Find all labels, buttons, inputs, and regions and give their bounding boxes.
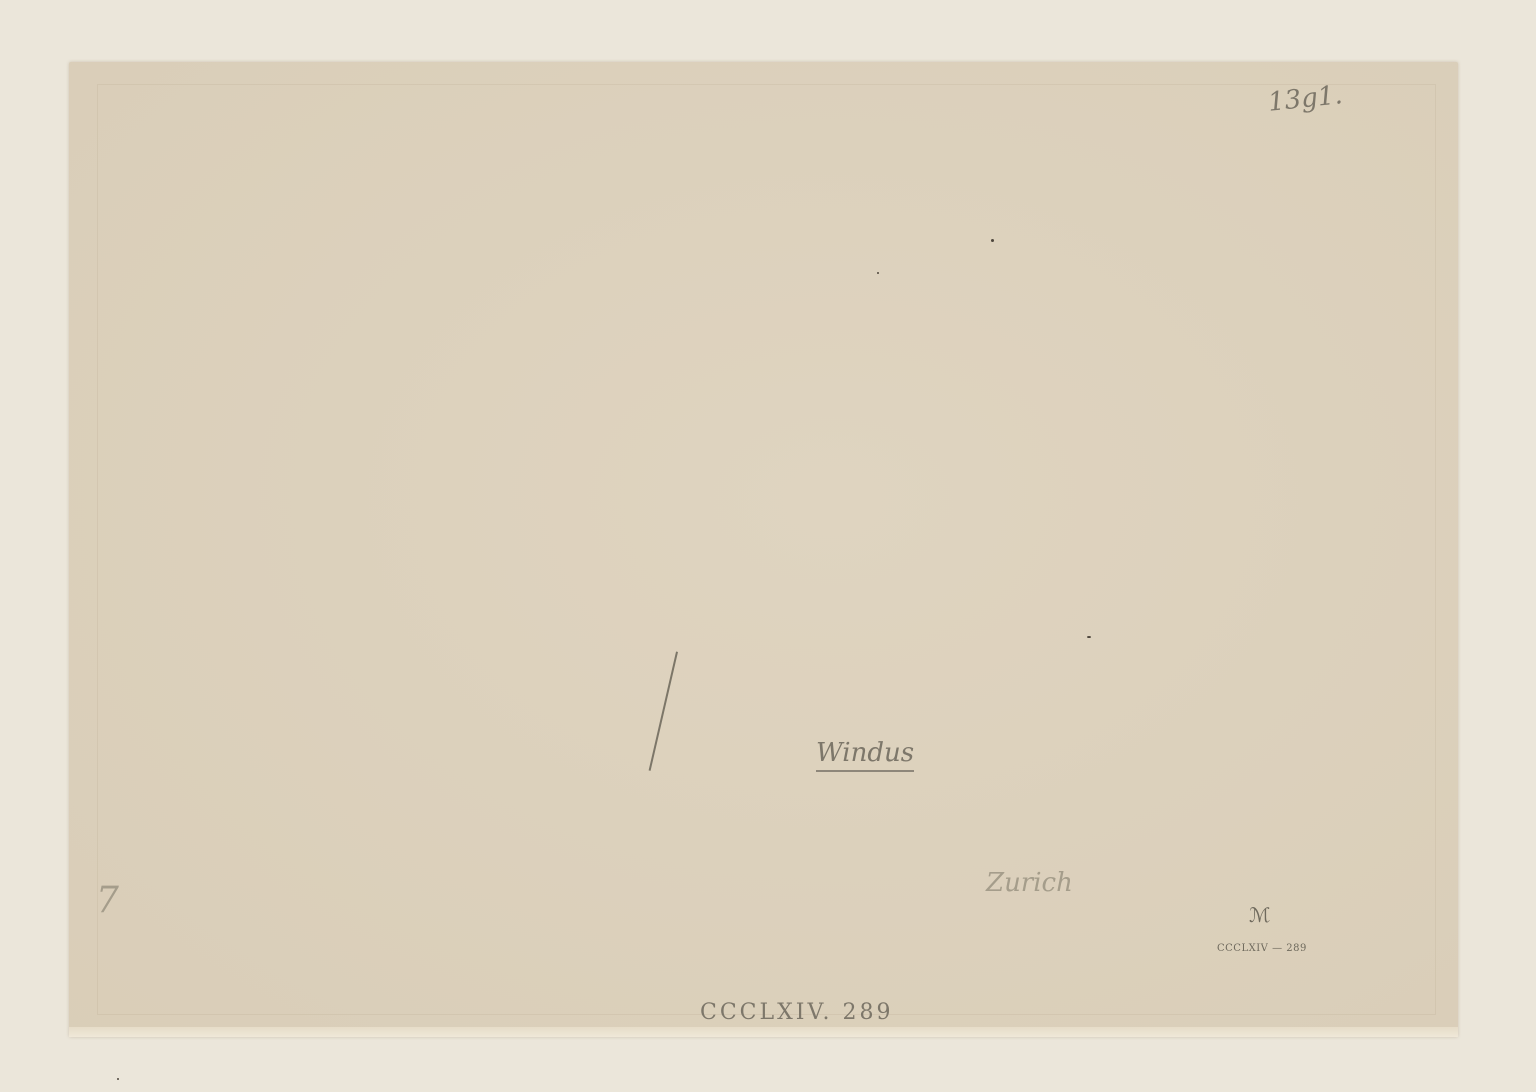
- collection-inventory-stamp: CCCLXIV — 289: [1217, 943, 1307, 954]
- collection-monogram-stamp: ℳ: [1249, 903, 1270, 927]
- zurich-place-inscription: Zurich: [986, 868, 1073, 898]
- sheet-inner-border: [97, 84, 1436, 1015]
- paper-speck: [991, 239, 994, 242]
- windus-title-inscription: Windus: [816, 738, 914, 772]
- paper-sheet: [69, 62, 1458, 1037]
- paper-speck: [1087, 636, 1091, 638]
- left-margin-mark: 7: [96, 880, 119, 921]
- paper-speck: [117, 1078, 119, 1080]
- bottom-inventory-inscription: CCCLXIV. 289: [700, 1000, 893, 1025]
- paper-speck: [877, 272, 879, 274]
- sheet-bottom-edge: [69, 1027, 1458, 1037]
